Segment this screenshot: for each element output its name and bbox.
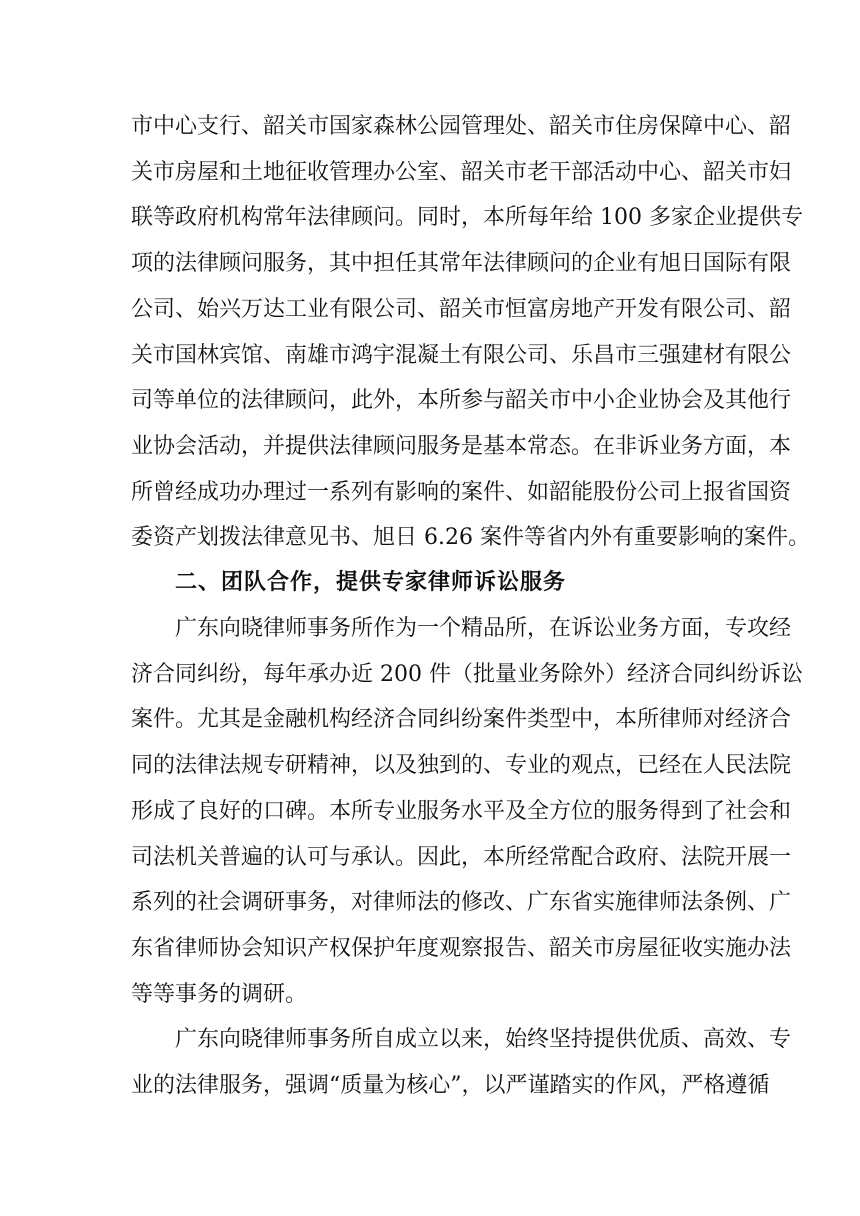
text-line: 项的法律顾问服务，其中担任其常年法律顾问的企业有旭日国际有限: [131, 249, 729, 279]
section-heading: 二、团队合作，提供专家律师诉讼服务: [175, 567, 566, 597]
text-line: 广东向晓律师事务所作为一个精品所，在诉讼业务方面，专攻经: [175, 614, 729, 644]
document-page: 市中心支行、韶关市国家森林公园管理处、韶关市住房保障中心、韶 关市房屋和土地征收…: [0, 0, 860, 1216]
text-line: 广东向晓律师事务所自成立以来，始终坚持提供优质、高效、专: [175, 1025, 729, 1055]
text-line: 济合同纠纷，每年承办近 200 件（批量业务除外）经济合同纠纷诉讼: [131, 660, 729, 690]
text-line: 公司、始兴万达工业有限公司、韶关市恒富房地产开发有限公司、韶: [131, 295, 729, 325]
text-line: 司等单位的法律顾问，此外，本所参与韶关市中小企业协会及其他行: [131, 386, 729, 416]
text-line: 关市国林宾馆、南雄市鸿宇混凝土有限公司、乐昌市三强建材有限公: [131, 341, 729, 371]
text-line: 委资产划拨法律意见书、旭日 6.26 案件等省内外有重要影响的案件。: [131, 523, 729, 553]
text-line: 形成了良好的口碑。本所专业服务水平及全方位的服务得到了社会和: [131, 797, 729, 827]
text-line: 业协会活动，并提供法律顾问服务是基本常态。在非诉业务方面，本: [131, 432, 729, 462]
text-line: 联等政府机构常年法律顾问。同时，本所每年给 100 多家企业提供专: [131, 203, 729, 233]
text-line: 案件。尤其是金融机构经济合同纠纷案件类型中，本所律师对经济合: [131, 705, 729, 735]
text-line: 市中心支行、韶关市国家森林公园管理处、韶关市住房保障中心、韶: [131, 112, 729, 142]
text-line: 系列的社会调研事务，对律师法的修改、广东省实施律师法条例、广: [131, 888, 729, 918]
text-line: 同的法律法规专研精神，以及独到的、专业的观点，已经在人民法院: [131, 751, 729, 781]
text-line: 关市房屋和土地征收管理办公室、韶关市老干部活动中心、韶关市妇: [131, 158, 729, 188]
text-line: 东省律师协会知识产权保护年度观察报告、韶关市房屋征收实施办法: [131, 934, 729, 964]
text-line: 等等事务的调研。: [131, 980, 729, 1010]
text-line: 司法机关普遍的认可与承认。因此，本所经常配合政府、法院开展一: [131, 843, 729, 873]
text-line: 所曾经成功办理过一系列有影响的案件、如韶能股份公司上报省国资: [131, 478, 729, 508]
text-line: 业的法律服务，强调“质量为核心”，以严谨踏实的作风，严格遵循: [131, 1071, 729, 1101]
